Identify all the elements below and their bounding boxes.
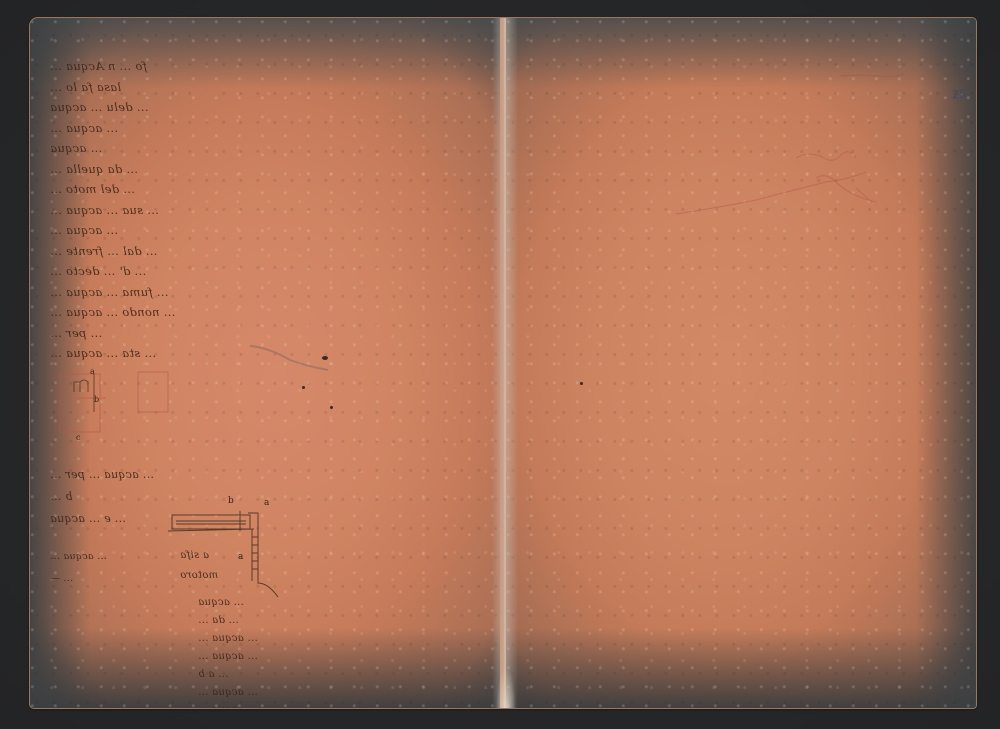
- text-line: ... acqua ...: [50, 118, 200, 139]
- text-line: ... d' ... decto ...: [50, 261, 200, 282]
- svg-text:b: b: [228, 496, 234, 506]
- svg-text:a: a: [90, 367, 95, 376]
- faint-stain-stroke: [240, 338, 340, 378]
- right-leaf: 25: [506, 18, 976, 708]
- folio-number: 25: [952, 88, 967, 102]
- ink-dot: [330, 406, 333, 409]
- photo-stage: fo ... n Acqua ... lasa fa lo ... ... de…: [0, 0, 1000, 729]
- sketch-caption: a sifa motoro: [180, 546, 240, 586]
- text-block-4: ... acqua ... da ... ... acqua ... ... a…: [198, 594, 288, 708]
- text-line: ... acqua ...: [198, 630, 288, 648]
- fold-wear-stain: [496, 668, 516, 708]
- text-line: lasa fa lo ...: [50, 77, 200, 98]
- svg-text:a: a: [264, 498, 270, 508]
- text-line: ... acqua ...: [198, 684, 288, 702]
- text-line: ... fuma ... acqua ...: [50, 282, 200, 303]
- text-line: ... sua ... acqua ...: [50, 200, 200, 221]
- text-line: ... sta ... acqua ...: [50, 343, 200, 364]
- left-leaf: fo ... n Acqua ... lasa fa lo ... ... de…: [30, 18, 500, 708]
- text-line: ... acqua ...: [50, 220, 200, 241]
- text-line: ... dal ... frente ...: [50, 241, 200, 262]
- text-line: fo ... n Acqua ...: [50, 56, 200, 77]
- svg-text:c: c: [76, 433, 81, 442]
- text-line: ... a b: [198, 666, 288, 684]
- text-line: ... acqua ...: [198, 648, 288, 666]
- ink-dot: [580, 382, 583, 385]
- text-line: ... del moto ...: [50, 179, 200, 200]
- ink-dot: [302, 386, 305, 389]
- text-line: ... delu ... acqua: [50, 97, 200, 118]
- text-line: ... per ...: [50, 323, 200, 344]
- text-line: ... da ...: [198, 612, 288, 630]
- text-line: ... da quella ...: [50, 159, 200, 180]
- caption-line: motoro: [180, 566, 240, 586]
- bottom-foxing: [506, 628, 976, 708]
- red-chalk-diagram: a b c: [58, 368, 178, 443]
- red-chalk-figure-sketch: [676, 138, 916, 238]
- text-block-main: fo ... n Acqua ... lasa fa lo ... ... de…: [50, 56, 200, 364]
- text-line: ... nondo ... acqua ...: [50, 302, 200, 323]
- center-fold-gutter: [492, 18, 518, 708]
- text-line: ... acqua: [198, 594, 288, 612]
- text-line: ... acqua: [50, 138, 200, 159]
- right-edge-shadow: [916, 18, 976, 708]
- paper-texture: [506, 18, 976, 708]
- manuscript-sheet: fo ... n Acqua ... lasa fa lo ... ... de…: [30, 18, 976, 708]
- faint-top-notation: [836, 58, 916, 88]
- caption-line: a sifa: [180, 546, 240, 566]
- text-line: ... acqua ...: [198, 702, 288, 708]
- svg-text:b: b: [94, 395, 99, 404]
- text-line: ... acqua ... per ...: [50, 464, 190, 486]
